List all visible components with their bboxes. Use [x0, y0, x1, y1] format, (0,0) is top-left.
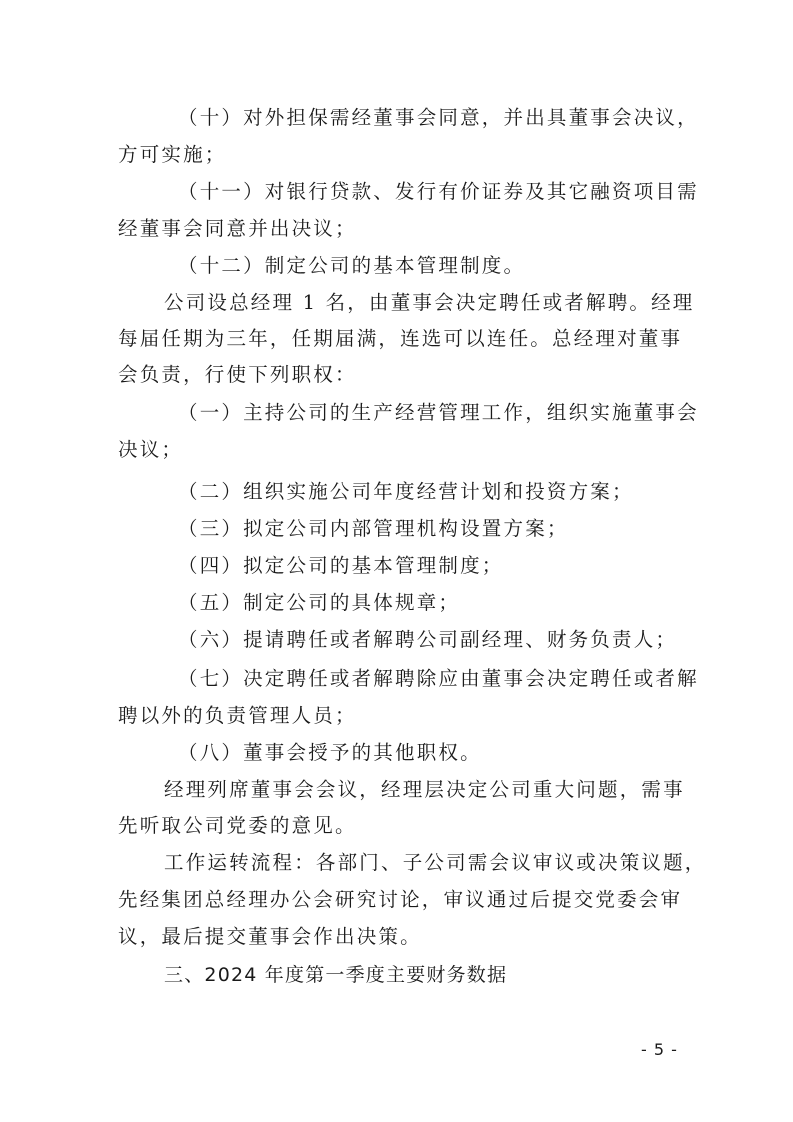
gm-item-7-line-1: （七）决定聘任或者解聘除应由董事会决定聘任或者解 [178, 661, 699, 698]
gm-item-3: （三）拟定公司内部管理机构设置方案； [178, 511, 569, 548]
workflow-paragraph-line-1: 工作运转流程：各部门、子公司需会议审议或决策议题， [164, 845, 707, 882]
gm-paragraph-line-3: 会负责，行使下列职权： [118, 357, 357, 394]
gm-paragraph-line-1: 公司设总经理 1 名，由董事会决定聘任或者解聘。经理 [164, 285, 695, 322]
item-10-line-1: （十）对外担保需经董事会同意，并出具董事会决议， [178, 100, 699, 137]
gm-item-1-line-1: （一）主持公司的生产经营管理工作，组织实施董事会 [178, 395, 699, 432]
party-paragraph-line-2: 先听取公司党委的意见。 [118, 808, 357, 845]
gm-item-1-line-2: 决议； [118, 432, 183, 469]
item-10-line-2: 方可实施； [118, 137, 227, 174]
item-12: （十二）制定公司的基本管理制度。 [178, 248, 525, 285]
workflow-paragraph-line-3: 议，最后提交董事会作出决策。 [118, 919, 422, 956]
gm-item-4: （四）拟定公司的基本管理制度； [178, 548, 504, 585]
gm-item-6: （六）提请聘任或者解聘公司副经理、财务负责人； [178, 622, 677, 659]
gm-item-2: （二）组织实施公司年度经营计划和投资方案； [178, 474, 634, 511]
document-page: （十）对外担保需经董事会同意，并出具董事会决议， 方可实施； （十一）对银行贷款… [0, 0, 793, 1122]
gm-paragraph-line-2: 每届任期为三年，任期届满，连选可以连任。总经理对董事 [118, 321, 682, 358]
party-paragraph-line-1: 经理列席董事会会议，经理层决定公司重大问题，需事 [164, 772, 685, 809]
item-11-line-1: （十一）对银行贷款、发行有价证券及其它融资项目需 [178, 174, 699, 211]
page-number: - 5 - [641, 1040, 678, 1059]
item-11-line-2: 经董事会同意并出决议； [118, 211, 357, 248]
gm-item-5: （五）制定公司的具体规章； [178, 585, 460, 622]
gm-item-8: （八）董事会授予的其他职权。 [178, 735, 482, 772]
gm-item-7-line-2: 聘以外的负责管理人员； [118, 698, 357, 735]
workflow-paragraph-line-2: 先经集团总经理办公会研究讨论，审议通过后提交党委会审 [118, 882, 682, 919]
section-heading: 三、2024 年度第一季度主要财务数据 [164, 957, 507, 994]
